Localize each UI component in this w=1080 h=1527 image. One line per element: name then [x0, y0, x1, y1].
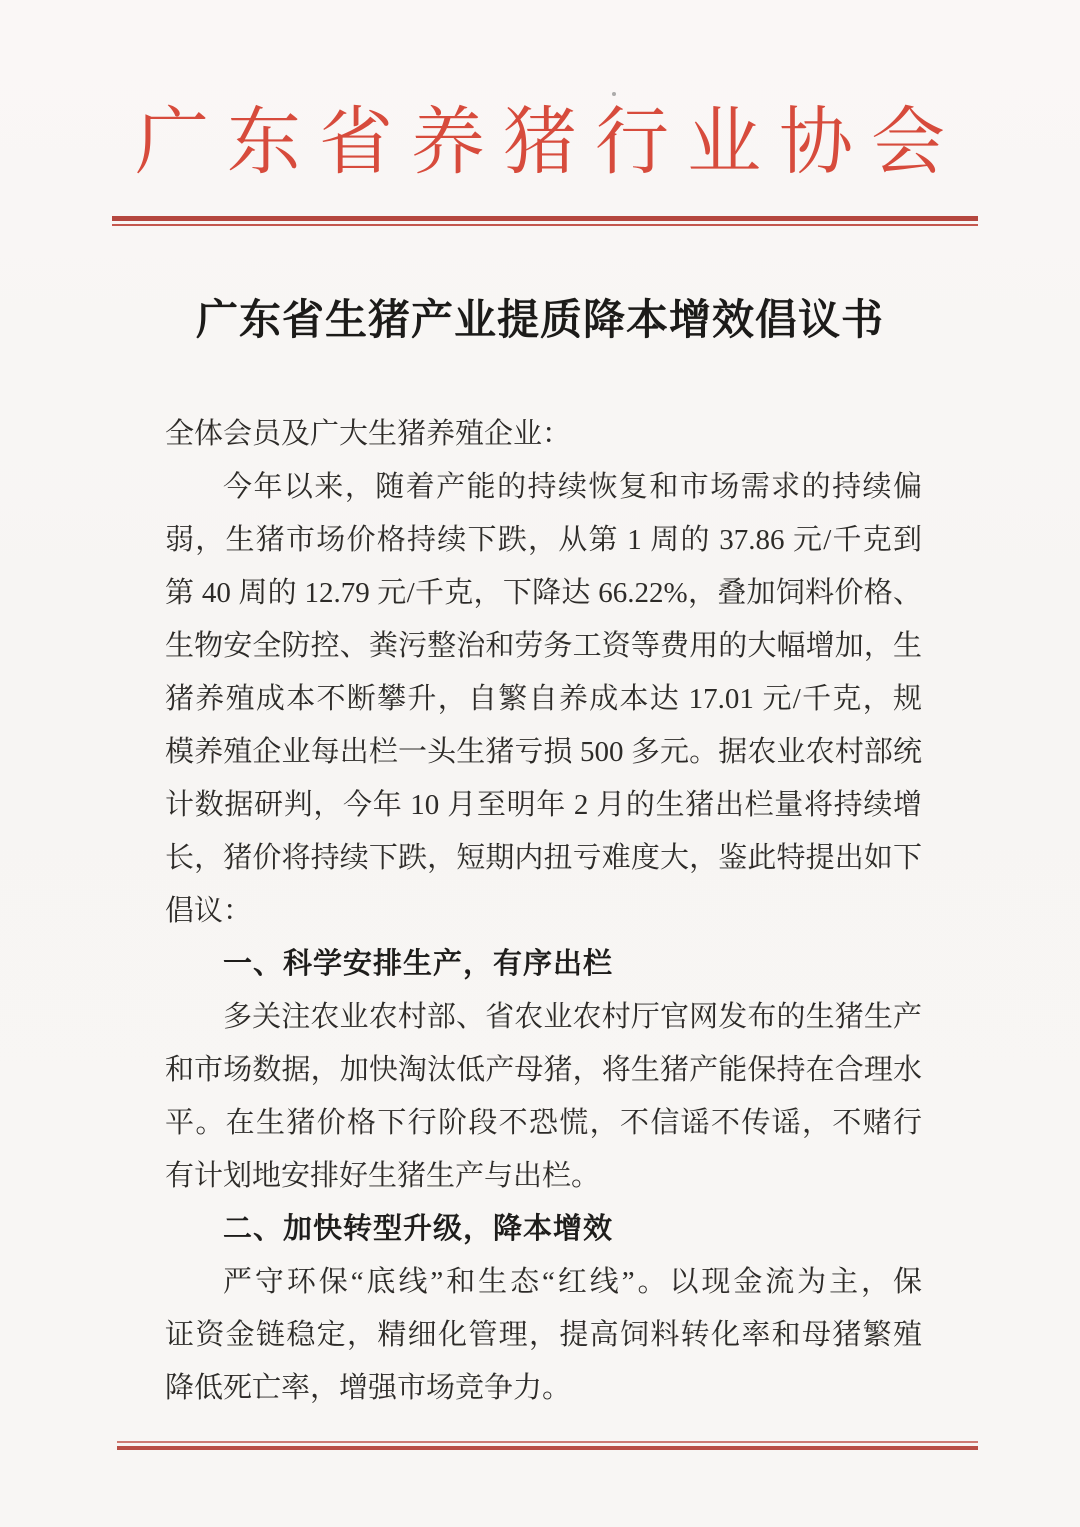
- body-line: 倡议：: [165, 885, 922, 938]
- document-page: 广东省养猪行业协会 广东省生猪产业提质降本增效倡议书 全体会员及广大生猪养殖企业…: [0, 0, 1080, 1527]
- document-body: 全体会员及广大生猪养殖企业：今年以来，随着产能的持续恢复和市场需求的持续偏弱，生…: [165, 408, 922, 1415]
- scan-speck: [612, 92, 616, 96]
- body-line: 有计划地安排好生猪生产与出栏。: [165, 1150, 922, 1203]
- body-line: 第 40 周的 12.79 元/千克，下降达 66.22%，叠加饲料价格、: [165, 567, 922, 620]
- section-heading-1: 一、科学安排生产，有序出栏: [165, 938, 922, 991]
- body-line: 多关注农业农村部、省农业农村厅官网发布的生猪生产: [165, 991, 922, 1044]
- footer-rule-thick: [117, 1446, 978, 1450]
- body-line: 和市场数据，加快淘汰低产母猪，将生猪产能保持在合理水: [165, 1044, 922, 1097]
- body-line: 证资金链稳定，精细化管理，提高饲料转化率和母猪繁殖率，: [165, 1309, 922, 1362]
- body-line: 猪养殖成本不断攀升，自繁自养成本达 17.01 元/千克，规: [165, 673, 922, 726]
- body-line: 今年以来，随着产能的持续恢复和市场需求的持续偏: [165, 461, 922, 514]
- body-line: 生物安全防控、粪污整治和劳务工资等费用的大幅增加，生: [165, 620, 922, 673]
- body-line: 长，猪价将持续下跌，短期内扭亏难度大，鉴此特提出如下: [165, 832, 922, 885]
- body-line: 模养殖企业每出栏一头生猪亏损 500 多元。据农业农村部统: [165, 726, 922, 779]
- body-line: 平。在生猪价格下行阶段不恐慌，不信谣不传谣，不赌行情，: [165, 1097, 922, 1150]
- body-line: 降低死亡率，增强市场竞争力。: [165, 1362, 922, 1415]
- body-line: 弱，生猪市场价格持续下跌，从第 1 周的 37.86 元/千克到: [165, 514, 922, 567]
- salutation-line: 全体会员及广大生猪养殖企业：: [165, 408, 922, 461]
- document-title: 广东省生猪产业提质降本增效倡议书: [0, 296, 1080, 346]
- letterhead-rule-thin: [112, 224, 978, 226]
- letterhead-rule-thick: [112, 216, 978, 221]
- section-heading-2: 二、加快转型升级，降本增效: [165, 1203, 922, 1256]
- body-line: 计数据研判，今年 10 月至明年 2 月的生猪出栏量将持续增: [165, 779, 922, 832]
- body-line: 严守环保“底线”和生态“红线”。以现金流为主，保: [165, 1256, 922, 1309]
- footer-rule-thin: [117, 1441, 978, 1443]
- letterhead-org-name: 广东省养猪行业协会: [0, 100, 1080, 186]
